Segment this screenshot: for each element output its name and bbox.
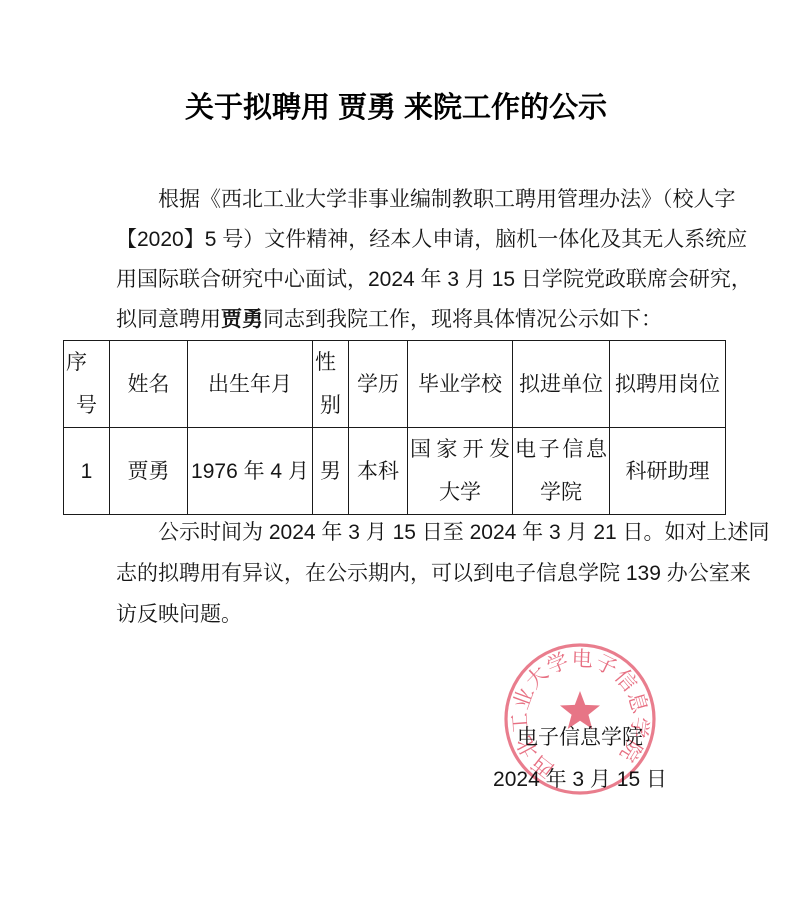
table-cell: 1 [64, 428, 110, 515]
table-cell: 贾勇 [110, 428, 188, 515]
hiring-table: 序号姓名出生年月性别学历毕业学校拟进单位拟聘用岗位1贾勇1976 年 4 月男本… [63, 340, 726, 515]
table-row: 1贾勇1976 年 4 月男本科国家开发大学电子信息学院科研助理 [64, 428, 726, 515]
seal-arc-char: 学 [544, 649, 572, 678]
seal-arc-char: 子 [592, 651, 621, 681]
text-segment: 根据《西北工业大学非事业编制教职工聘用管理办法》（校人字 [158, 188, 736, 211]
table-cell: 国家开发大学 [408, 428, 513, 515]
signature-date: 2024 年 3 月 15 日 [440, 760, 720, 800]
seal-arc-char: 息 [623, 689, 651, 716]
paragraph-line: 志的拟聘用有异议，在公示期内，可以到电子信息学院 139 办公室来 [116, 553, 723, 594]
text-segment: 公示时间为 2024 年 3 月 15 日至 2024 年 3 月 21 日。如… [158, 521, 770, 544]
document-page: 关于拟聘用 贾勇 来院工作的公示 根据《西北工业大学非事业编制教职工聘用管理办法… [0, 0, 792, 914]
table-header-cell: 拟聘用岗位 [610, 341, 726, 428]
paragraph-line: 【2020】5 号）文件精神，经本人申请，脑机一体化及其无人系统应 [116, 220, 723, 260]
text-segment: 用国际联合研究中心面试，2024 年 3 月 15 日学院党政联席会研究， [116, 268, 752, 291]
paragraph-line: 根据《西北工业大学非事业编制教职工聘用管理办法》（校人字 [116, 180, 723, 220]
text-segment: 同志到我院工作，现将具体情况公示如下： [263, 308, 662, 331]
text-segment: 访反映问题。 [116, 603, 242, 626]
table-header-cell: 毕业学校 [408, 341, 513, 428]
notice-paragraph: 公示时间为 2024 年 3 月 15 日至 2024 年 3 月 21 日。如… [116, 512, 723, 635]
table-header-cell: 姓名 [110, 341, 188, 428]
table-cell: 本科 [349, 428, 408, 515]
table-cell: 电子信息学院 [513, 428, 610, 515]
table-header-cell: 学历 [349, 341, 408, 428]
table-header-row: 序号姓名出生年月性别学历毕业学校拟进单位拟聘用岗位 [64, 341, 726, 428]
text-segment: 【2020】5 号）文件精神，经本人申请，脑机一体化及其无人系统应 [116, 228, 747, 251]
table-header-cell: 序号 [64, 341, 110, 428]
table-header-cell: 拟进单位 [513, 341, 610, 428]
text-segment: 志的拟聘用有异议，在公示期内，可以到电子信息学院 139 办公室来 [116, 562, 751, 585]
text-segment: 拟同意聘用 [116, 308, 221, 331]
table-cell: 科研助理 [610, 428, 726, 515]
paragraph-line: 公示时间为 2024 年 3 月 15 日至 2024 年 3 月 21 日。如… [116, 512, 723, 553]
seal-arc-char: 信 [610, 665, 641, 696]
seal-arc-char: 业 [510, 685, 539, 713]
seal-arc-char: 电 [571, 648, 593, 672]
table-cell: 男 [313, 428, 349, 515]
intro-paragraph: 根据《西北工业大学非事业编制教职工聘用管理办法》（校人字【2020】5 号）文件… [116, 180, 723, 340]
person-name-bold: 贾勇 [221, 308, 263, 331]
paragraph-line: 访反映问题。 [116, 594, 723, 635]
paragraph-line: 拟同意聘用贾勇同志到我院工作，现将具体情况公示如下： [116, 300, 723, 340]
paragraph-line: 用国际联合研究中心面试，2024 年 3 月 15 日学院党政联席会研究， [116, 260, 723, 300]
seal-arc-char: 大 [522, 662, 553, 693]
table-header-cell: 性别 [313, 341, 349, 428]
table-header-cell: 出生年月 [188, 341, 313, 428]
table-cell: 1976 年 4 月 [188, 428, 313, 515]
signature-org: 电子信息学院 [440, 718, 720, 758]
document-title: 关于拟聘用 贾勇 来院工作的公示 [0, 86, 792, 130]
